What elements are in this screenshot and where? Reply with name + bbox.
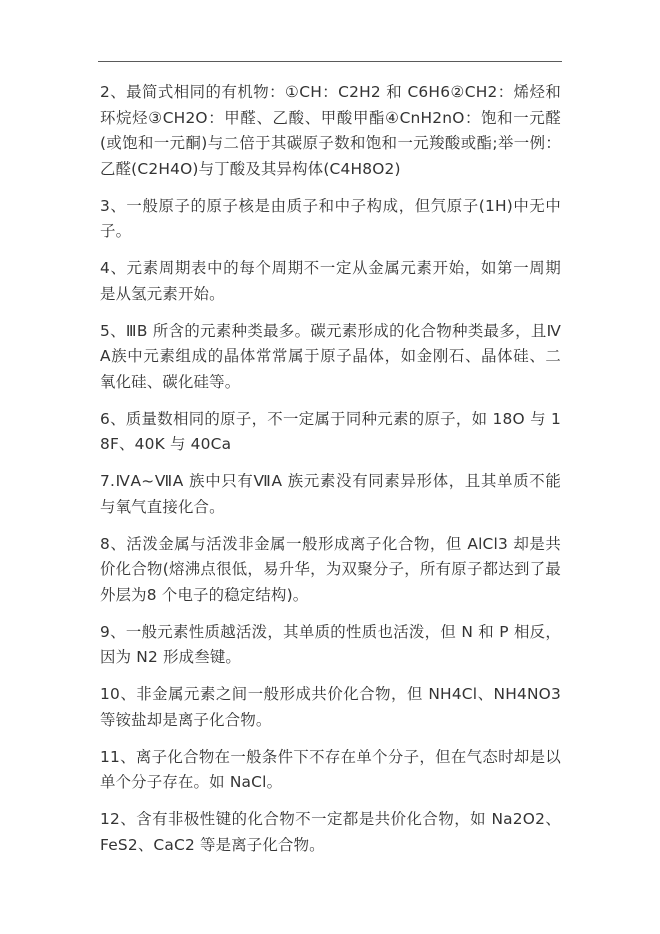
paragraph-item-9: 9、一般元素性质越活泼，其单质的性质也活泼，但 N 和 P 相反，因为 N2 形… (100, 620, 561, 671)
paragraph-item-3: 3、一般原子的原子核是由质子和中子构成，但氕原子(1H)中无中子。 (100, 194, 561, 245)
header-divider (98, 61, 562, 62)
paragraph-item-10: 10、非金属元素之间一般形成共价化合物，但 NH4Cl、NH4NO3 等铵盐却是… (100, 682, 561, 733)
document-page: 2、最简式相同的有机物：①CH：C2H2 和 C6H6②CH2：烯烃和环烷烃③C… (0, 0, 660, 934)
paragraph-item-6: 6、质量数相同的原子，不一定属于同种元素的原子，如 18O 与 18F、40K … (100, 407, 561, 458)
paragraph-item-7: 7.ⅣA~ⅦA 族中只有ⅦA 族元素没有同素异形体，且其单质不能与氧气直接化合。 (100, 469, 561, 520)
paragraph-item-8: 8、活泼金属与活泼非金属一般形成离子化合物，但 AlCl3 却是共价化合物(熔沸… (100, 532, 561, 609)
document-body: 2、最简式相同的有机物：①CH：C2H2 和 C6H6②CH2：烯烃和环烷烃③C… (100, 80, 561, 870)
paragraph-item-11: 11、离子化合物在一般条件下不存在单个分子，但在气态时却是以单个分子存在。如 N… (100, 745, 561, 796)
paragraph-item-12: 12、含有非极性键的化合物不一定都是共价化合物，如 Na2O2、FeS2、CaC… (100, 807, 561, 858)
paragraph-item-5: 5、ⅢB 所含的元素种类最多。碳元素形成的化合物种类最多，且ⅣA族中元素组成的晶… (100, 319, 561, 396)
paragraph-item-2: 2、最简式相同的有机物：①CH：C2H2 和 C6H6②CH2：烯烃和环烷烃③C… (100, 80, 561, 182)
paragraph-item-4: 4、元素周期表中的每个周期不一定从金属元素开始，如第一周期是从氢元素开始。 (100, 256, 561, 307)
